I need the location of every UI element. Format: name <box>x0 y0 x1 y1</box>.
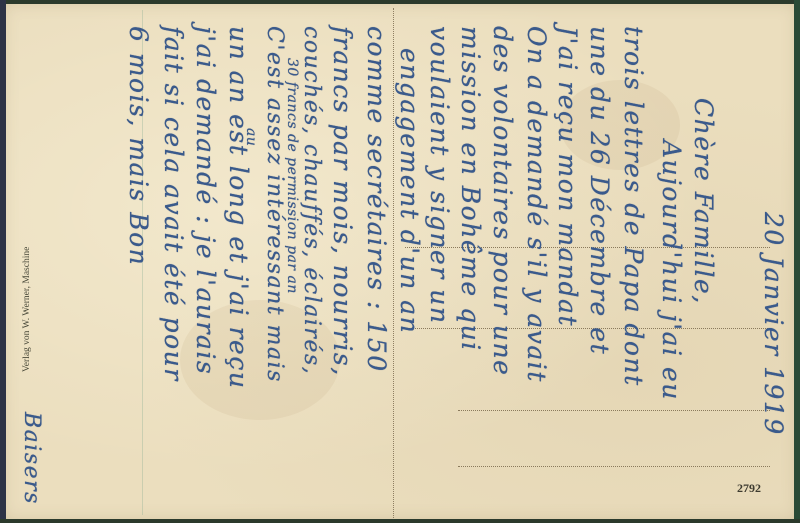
postcard: 20 Janvier 1919 Chère Famille, Aujourd'h… <box>0 0 800 523</box>
serial-number: 2792 <box>737 481 761 496</box>
handwritten-line: On a demandé s'il y avait <box>524 26 549 383</box>
handwritten-greeting: Chère Famille, <box>691 98 716 305</box>
handwritten-interlinear-note: 30 francs de permission par an <box>285 58 299 294</box>
publisher-imprint: Verlag von W. Werner, Maschine <box>22 247 32 372</box>
handwritten-line: francs par mois, nourris, <box>330 26 355 377</box>
handwritten-line: couchés, chauffés, éclairés, <box>300 26 322 375</box>
handwritten-line: engagement d'un an <box>397 48 422 334</box>
scan-edge-top <box>0 0 800 4</box>
handwritten-line: trois lettres de Papa dont <box>621 26 646 387</box>
address-line-3 <box>458 410 770 411</box>
handwritten-date: 20 Janvier 1919 <box>761 212 786 436</box>
scan-edge-bottom <box>0 519 800 523</box>
handwritten-line: mission en Bohême qui <box>458 26 483 352</box>
handwritten-line: Aujourd'hui j'ai eu <box>659 140 684 401</box>
handwritten-line: C'est assez intéressant mais <box>263 26 285 383</box>
handwritten-line: une du 26 Décembre et <box>587 26 612 355</box>
center-divider-line <box>393 8 394 518</box>
handwritten-line: des volontaires pour une <box>490 26 515 376</box>
handwritten-line: comme secrétaires : 150 <box>364 26 389 373</box>
handwritten-line: fait si cela avait été pour <box>161 26 186 382</box>
handwritten-closing: Baisers <box>20 412 42 505</box>
handwritten-line: j'ai demandé : je l'aurais <box>193 26 218 375</box>
scan-edge-right <box>794 0 800 523</box>
handwritten-line: J'ai reçu mon mandat <box>555 26 580 327</box>
handwritten-line: voulaient y signer un <box>427 26 452 324</box>
handwritten-line: 6 mois, mais Bon <box>126 26 151 266</box>
scan-edge-left <box>0 0 6 523</box>
handwritten-line: un an est long et j'ai reçu <box>226 26 251 389</box>
address-line-4 <box>458 466 770 467</box>
